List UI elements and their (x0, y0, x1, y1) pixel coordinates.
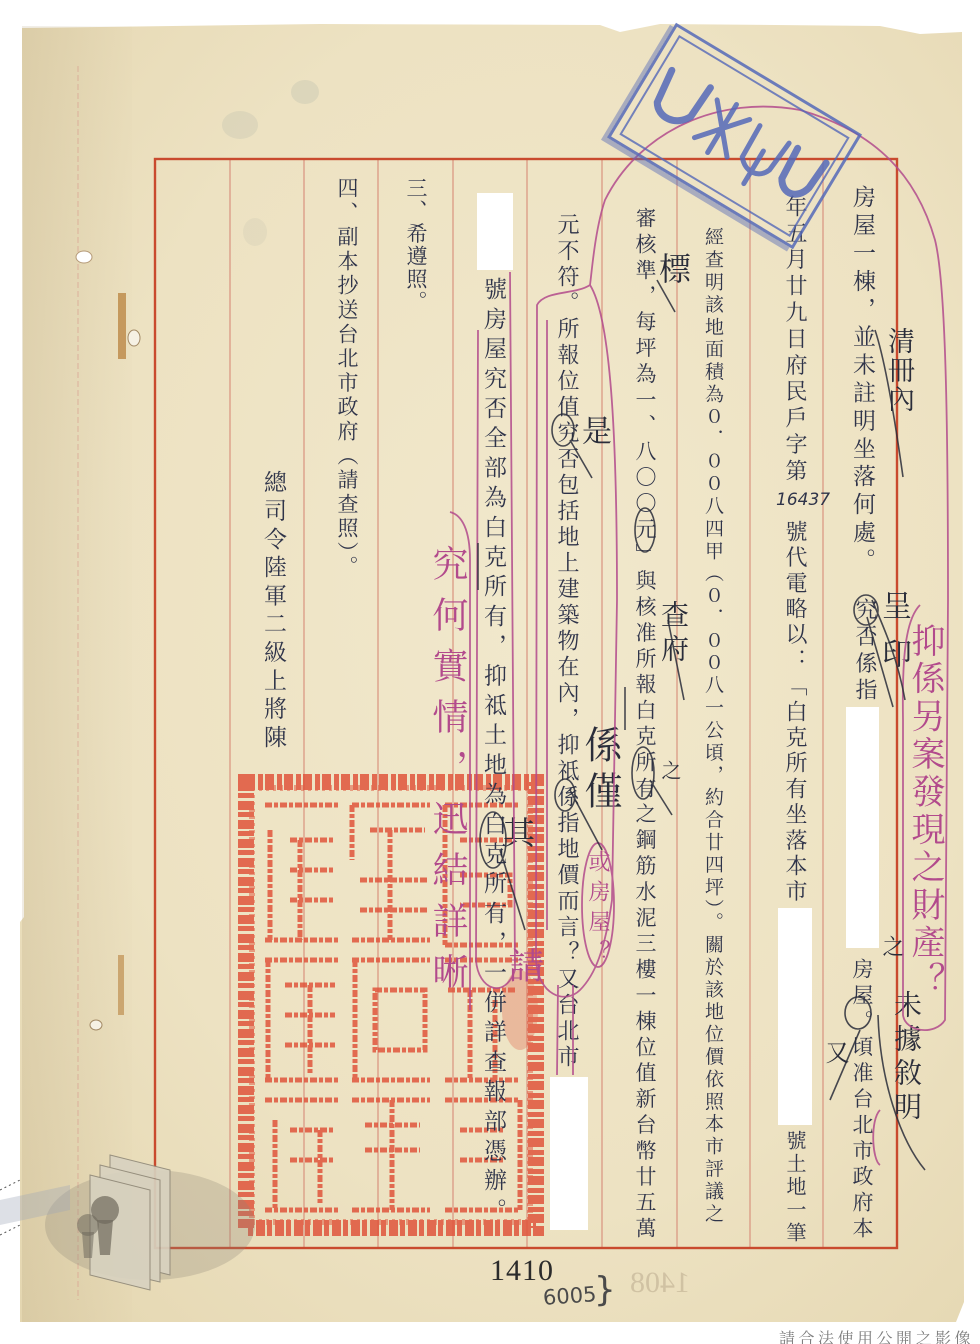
bleed-through-number: 1408 (630, 1266, 690, 1300)
archive-page-number: 1410 (490, 1254, 554, 1288)
folio-bracket: } (594, 1270, 616, 1310)
handwritten-folio-number: 6005 (542, 1282, 597, 1310)
usage-watermark: 請合法使用公開之影像 (779, 1326, 974, 1344)
archive-logo-icon (0, 1140, 260, 1320)
redaction-box (778, 908, 812, 1125)
redaction-box (477, 193, 513, 270)
redaction-box (550, 1077, 588, 1230)
redaction-box (846, 707, 879, 948)
